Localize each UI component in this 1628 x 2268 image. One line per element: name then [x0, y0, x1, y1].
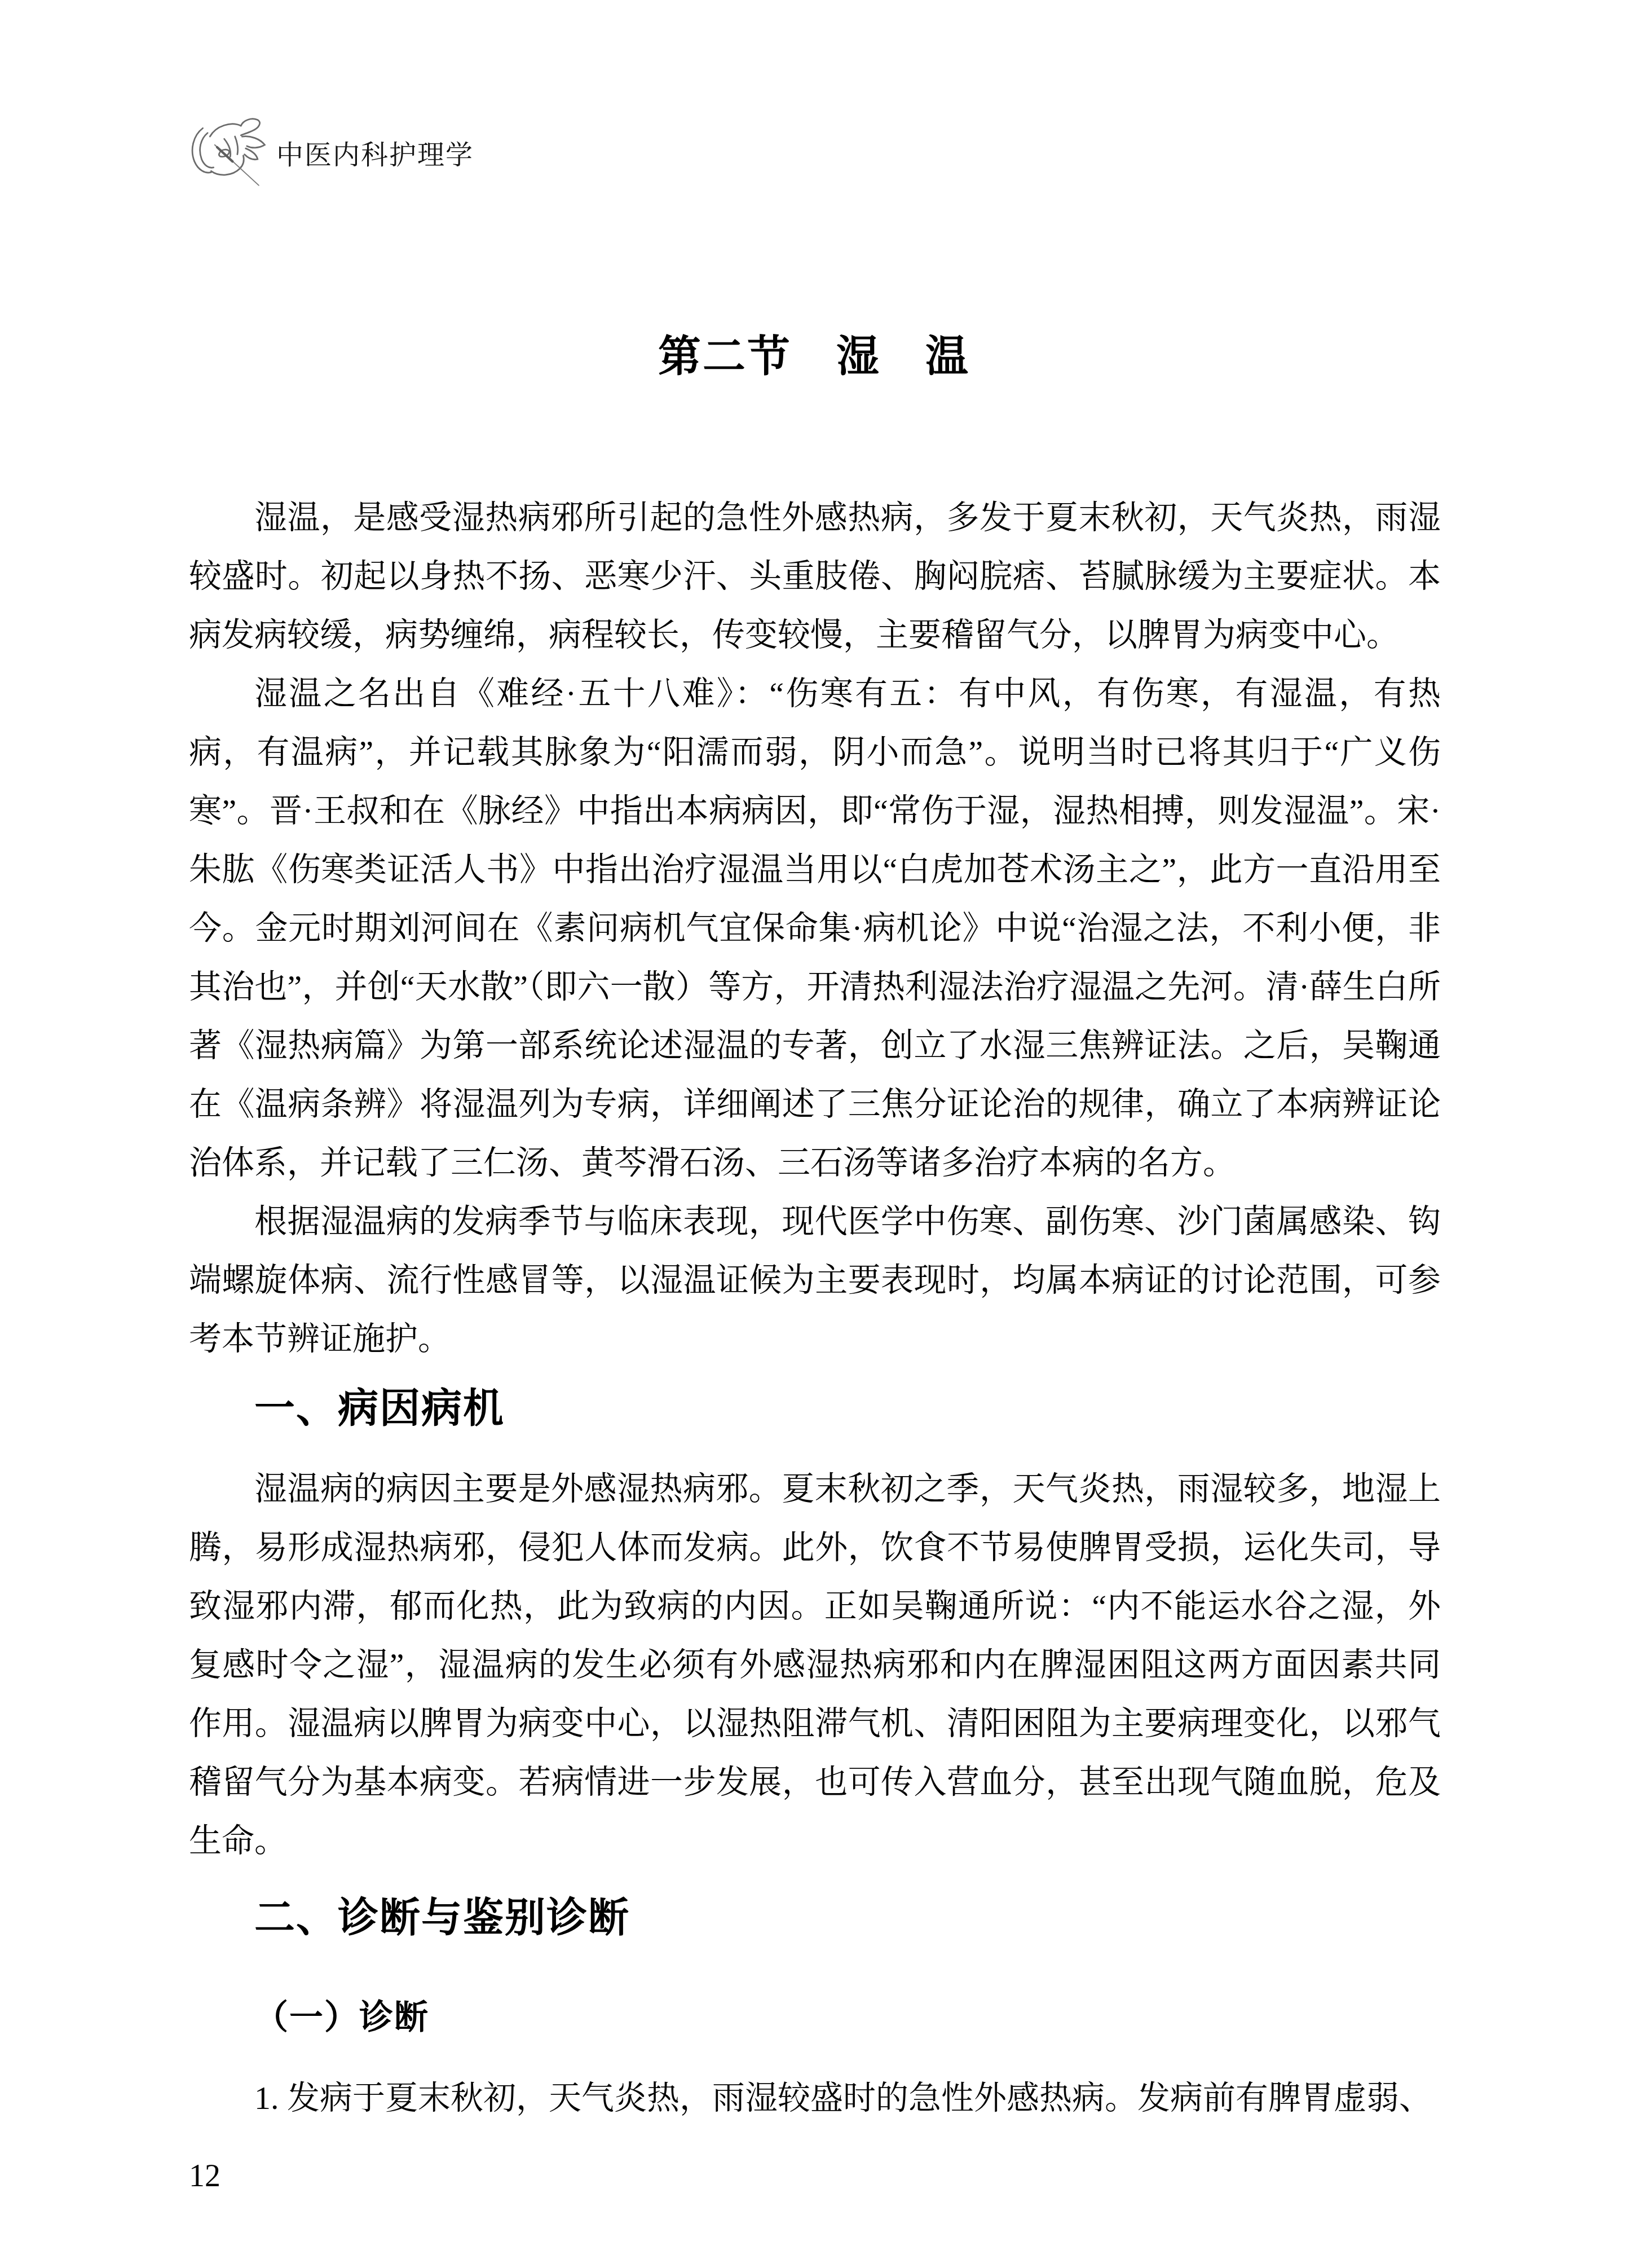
paragraph-modern-medicine-scope: 根据湿温病的发病季节与临床表现，现代医学中伤寒、副伤寒、沙门菌属感染、钩端螺旋体…	[189, 1192, 1441, 1368]
hand-needle-logo-icon	[186, 115, 270, 190]
list-item-diagnosis-1: 1. 发病于夏末秋初，天气炎热，雨湿较盛时的急性外感热病。发病前有脾胃虚弱、	[189, 2069, 1441, 2128]
book-page: 中医内科护理学 第二节 湿 温 湿温，是感受湿热病邪所引起的急性外感热病，多发于…	[0, 0, 1628, 2268]
book-title: 中医内科护理学	[276, 133, 474, 172]
section-title: 第二节 湿 温	[0, 326, 1628, 388]
page-number: 12	[189, 2147, 220, 2205]
heading-diagnosis-differential: 二、诊断与鉴别诊断	[189, 1881, 1506, 1954]
paragraph-definition: 湿温，是感受湿热病邪所引起的急性外感热病，多发于夏末秋初，天气炎热，雨湿较盛时。…	[189, 488, 1441, 664]
heading-etiology-pathogenesis: 一、病因病机	[189, 1372, 1506, 1445]
paragraph-history: 湿温之名出自《难经·五十八难》：“伤寒有五：有中风，有伤寒，有湿温，有热病，有温…	[189, 664, 1441, 1192]
page-header: 中医内科护理学	[186, 113, 474, 192]
subheading-diagnosis: （一）诊断	[189, 1987, 1506, 2049]
paragraph-etiology-pathogenesis: 湿温病的病因主要是外感湿热病邪。夏末秋初之季，天气炎热，雨湿较多，地湿上腾，易形…	[189, 1460, 1441, 1870]
